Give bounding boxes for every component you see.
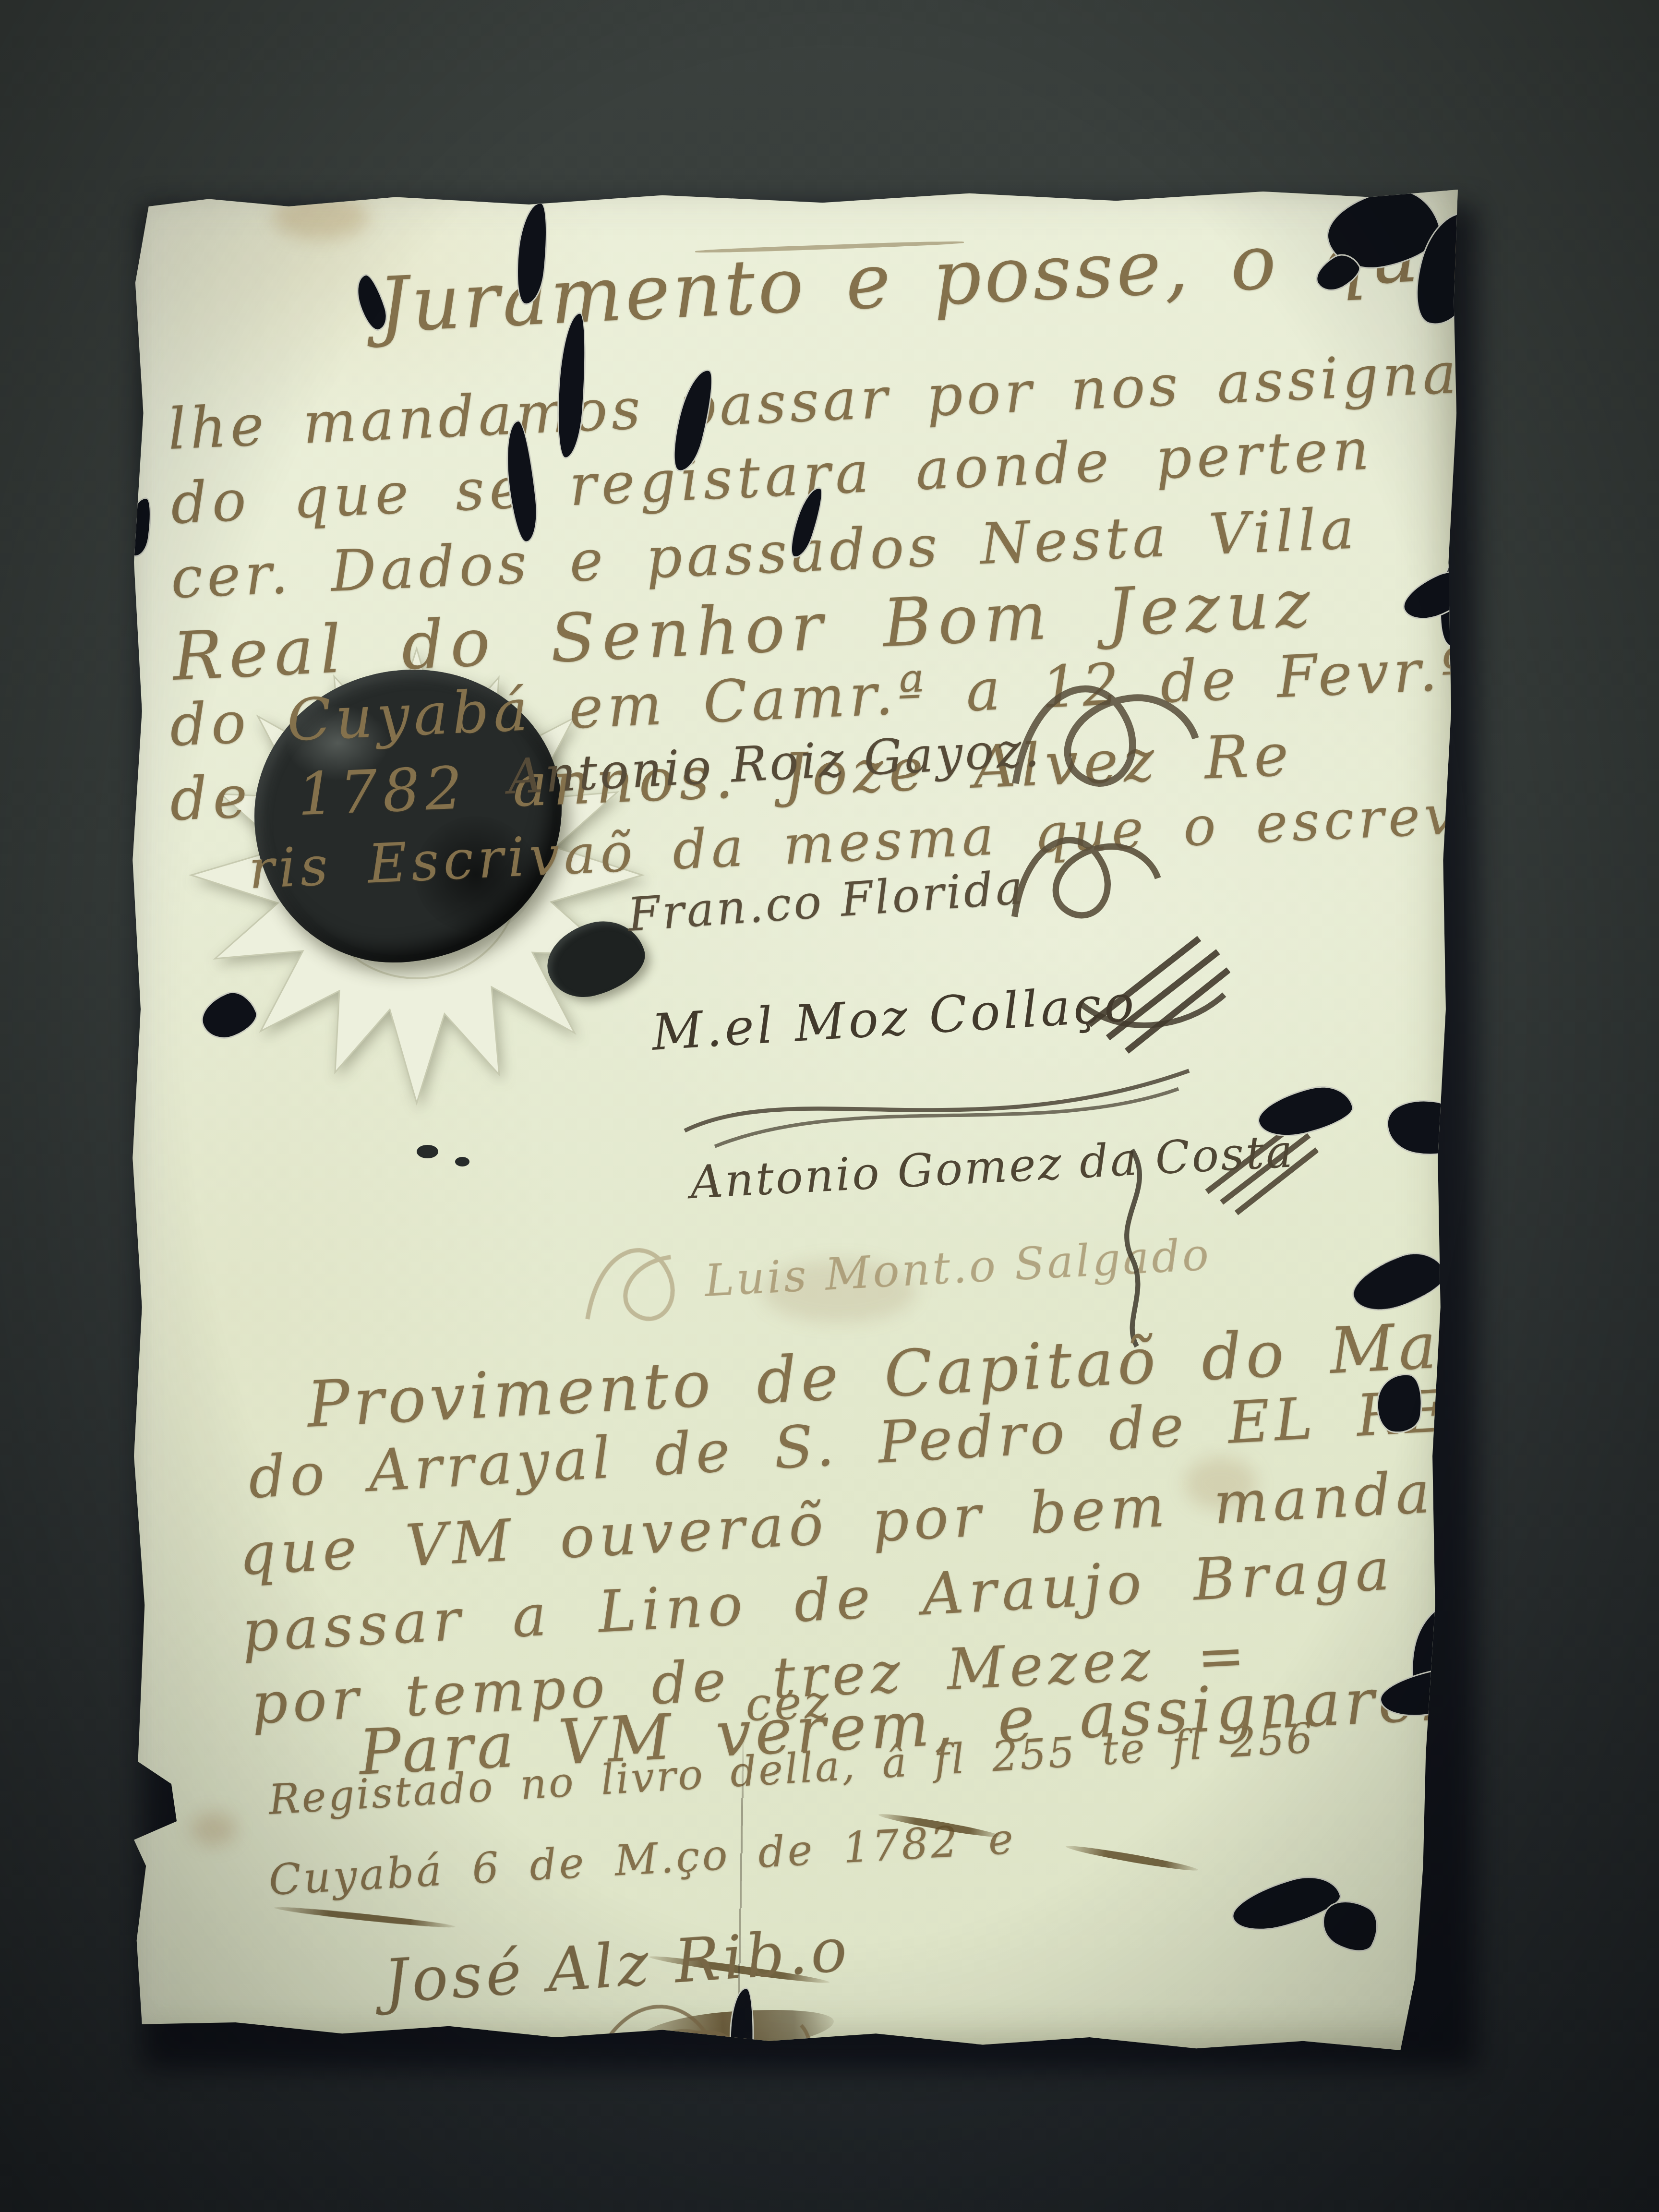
signature-row: M.el Moz Collaço xyxy=(650,974,1139,1062)
final-signature: José Alz Rib.o xyxy=(382,1914,853,2017)
wax-crumb xyxy=(455,1157,469,1166)
rubric-flourish-icon xyxy=(1065,1145,1199,1351)
stain xyxy=(191,1812,237,1846)
tear-mark xyxy=(627,2105,701,2153)
swash-underline xyxy=(1065,1843,1199,1874)
rubric-flourish-icon xyxy=(1068,901,1236,1069)
rubric-flourish-icon xyxy=(997,655,1212,824)
stain xyxy=(273,194,369,240)
registration-line: Cuyabá 6 de M.ço de 1782 e xyxy=(267,1814,1017,1905)
page-background: { "manuscript": { "opening": { "lines": … xyxy=(0,0,1659,2212)
wax-crumb xyxy=(417,1145,438,1158)
swash-underline xyxy=(274,1904,456,1930)
signature-name: M.el Moz Collaço xyxy=(650,974,1139,1062)
rubric-flourish-icon xyxy=(577,1221,727,1353)
tear-mark xyxy=(124,495,155,558)
manuscript-page: Juramento e posse, o qual lhe mandamos p… xyxy=(129,190,1463,2052)
